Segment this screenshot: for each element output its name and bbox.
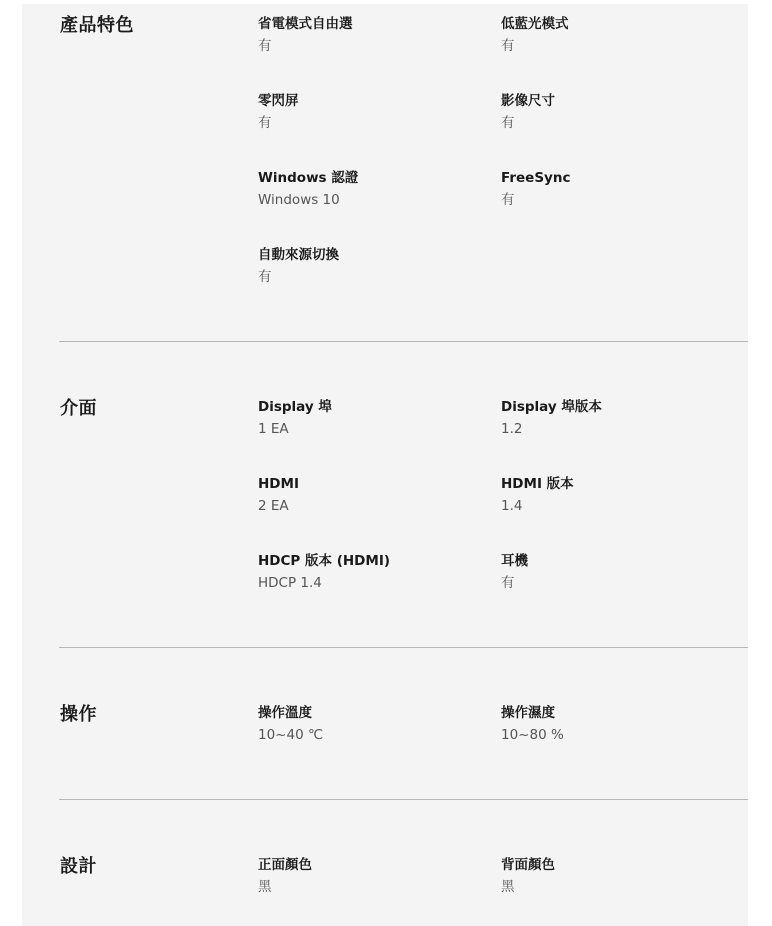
spec-item: Display 埠版本 1.2 — [501, 398, 721, 438]
spec-item: Display 埠 1 EA — [258, 398, 478, 438]
spec-panel: 產品特色 省電模式自由選 有 低藍光模式 有 零閃屏 有 影像尺寸 有 Wind… — [22, 4, 748, 926]
spec-value: HDCP 1.4 — [258, 574, 478, 592]
spec-value: 有 — [501, 114, 721, 132]
spec-label: HDMI 版本 — [501, 475, 721, 493]
section-title: 設計 — [60, 856, 97, 878]
spec-value: 1.2 — [501, 420, 721, 438]
spec-label: 操作溫度 — [258, 704, 478, 722]
spec-value: 10~40 ℃ — [258, 726, 478, 744]
spec-label: 省電模式自由選 — [258, 15, 478, 33]
spec-value: 有 — [258, 37, 478, 55]
section-divider — [59, 341, 748, 342]
section-operation: 操作 操作溫度 10~40 ℃ 操作濕度 10~80 % — [59, 704, 748, 784]
spec-value: 有 — [501, 191, 721, 209]
spec-value: 1 EA — [258, 420, 478, 438]
spec-item: 零閃屏 有 — [258, 92, 478, 132]
spec-value: 有 — [258, 268, 478, 286]
spec-label: Display 埠 — [258, 398, 478, 416]
spec-label: HDCP 版本 (HDMI) — [258, 552, 478, 570]
spec-label: 正面顏色 — [258, 856, 478, 874]
spec-item: HDMI 2 EA — [258, 475, 478, 515]
spec-value: 2 EA — [258, 497, 478, 515]
spec-item: 低藍光模式 有 — [501, 15, 721, 55]
spec-label: 背面顏色 — [501, 856, 721, 874]
section-title: 操作 — [60, 704, 97, 726]
spec-item: 正面顏色 黑 — [258, 856, 478, 896]
spec-value: 有 — [258, 114, 478, 132]
spec-item: 背面顏色 黑 — [501, 856, 721, 896]
spec-value: 黑 — [501, 878, 721, 896]
spec-item: 自動來源切換 有 — [258, 246, 478, 286]
spec-item: 操作溫度 10~40 ℃ — [258, 704, 478, 744]
section-product-features: 產品特色 省電模式自由選 有 低藍光模式 有 零閃屏 有 影像尺寸 有 Wind… — [59, 15, 748, 335]
spec-label: Display 埠版本 — [501, 398, 721, 416]
spec-label: 影像尺寸 — [501, 92, 721, 110]
spec-label: HDMI — [258, 475, 478, 493]
spec-item: 影像尺寸 有 — [501, 92, 721, 132]
spec-label: 低藍光模式 — [501, 15, 721, 33]
section-divider — [59, 647, 748, 648]
spec-label: FreeSync — [501, 169, 721, 187]
spec-item: HDMI 版本 1.4 — [501, 475, 721, 515]
spec-item: 操作濕度 10~80 % — [501, 704, 721, 744]
spec-value: 黑 — [258, 878, 478, 896]
section-interface: 介面 Display 埠 1 EA Display 埠版本 1.2 HDMI 2… — [59, 398, 748, 628]
section-divider — [59, 799, 748, 800]
section-title: 產品特色 — [60, 15, 134, 37]
spec-item: HDCP 版本 (HDMI) HDCP 1.4 — [258, 552, 478, 592]
spec-item: FreeSync 有 — [501, 169, 721, 209]
spec-item: Windows 認證 Windows 10 — [258, 169, 478, 209]
section-title: 介面 — [60, 398, 97, 420]
spec-value: Windows 10 — [258, 191, 478, 209]
spec-item: 省電模式自由選 有 — [258, 15, 478, 55]
spec-label: Windows 認證 — [258, 169, 478, 187]
spec-value: 1.4 — [501, 497, 721, 515]
spec-value: 有 — [501, 574, 721, 592]
section-design: 設計 正面顏色 黑 背面顏色 黑 — [59, 856, 748, 926]
spec-label: 零閃屏 — [258, 92, 478, 110]
spec-value: 10~80 % — [501, 726, 721, 744]
spec-item: 耳機 有 — [501, 552, 721, 592]
spec-label: 耳機 — [501, 552, 721, 570]
spec-label: 操作濕度 — [501, 704, 721, 722]
spec-value: 有 — [501, 37, 721, 55]
spec-label: 自動來源切換 — [258, 246, 478, 264]
